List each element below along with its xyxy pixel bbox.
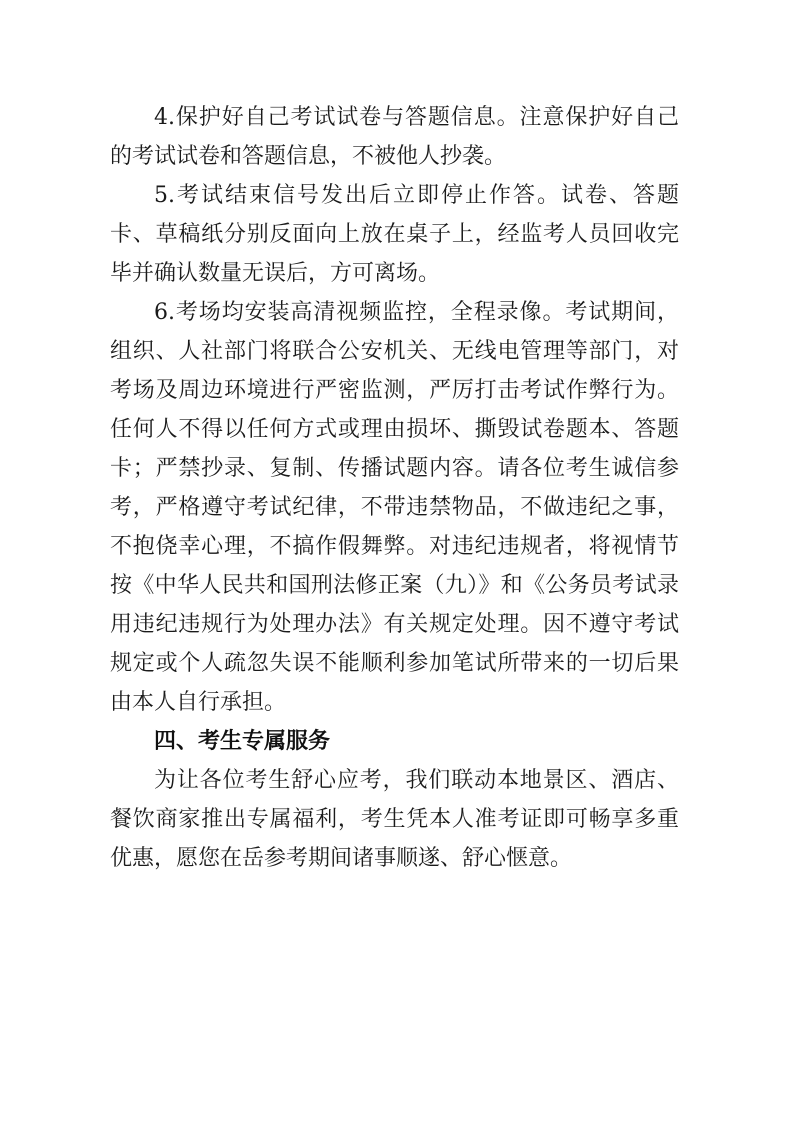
document-page: 4.保护好自己考试试卷与答题信息。注意保护好自己的考试试卷和答题信息，不被他人抄… <box>0 0 793 1122</box>
paragraph-rule-6: 6.考场均安装高清视频监控，全程录像。考试期间，组织、人社部门将联合公安机关、无… <box>110 293 679 722</box>
document-content: 4.保护好自己考试试卷与答题信息。注意保护好自己的考试试卷和答题信息，不被他人抄… <box>110 98 679 878</box>
paragraph-rule-4: 4.保护好自己考试试卷与答题信息。注意保护好自己的考试试卷和答题信息，不被他人抄… <box>110 98 679 176</box>
section-heading-services: 四、考生专属服务 <box>110 722 679 761</box>
paragraph-rule-5: 5.考试结束信号发出后立即停止作答。试卷、答题卡、草稿纸分别反面向上放在桌子上，… <box>110 176 679 293</box>
paragraph-services: 为让各位考生舒心应考，我们联动本地景区、酒店、餐饮商家推出专属福利，考生凭本人准… <box>110 761 679 878</box>
